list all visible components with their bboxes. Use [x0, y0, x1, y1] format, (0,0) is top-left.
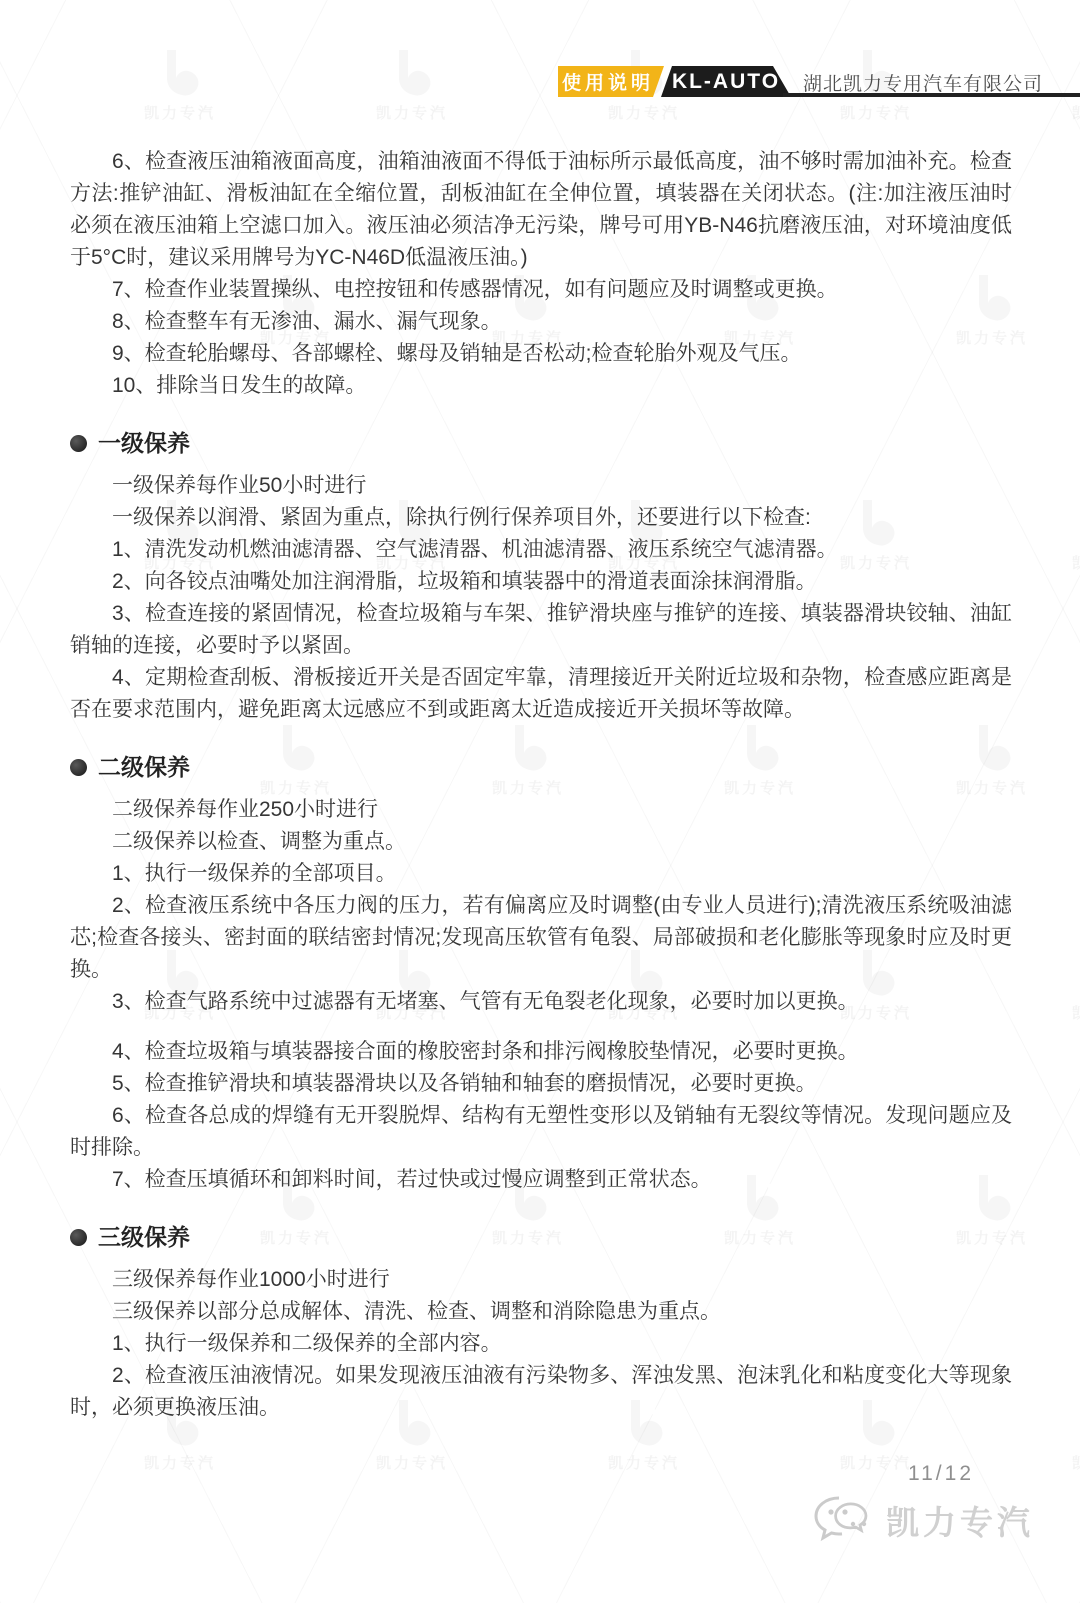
- routine-maintenance-items: 6、检查液压油箱液面高度，油箱油液面不得低于油标所示最低高度，油不够时需加油补充…: [70, 146, 1012, 402]
- watermark-text: 凯力专汽: [352, 1452, 472, 1473]
- section-intro-lines: 一级保养每作业50小时进行一级保养以润滑、紧固为重点，除执行例行保养项目外，还要…: [70, 470, 1012, 534]
- company-name: 湖北凯力专用汽车有限公司: [803, 69, 1043, 96]
- intro-line: 一级保养以润滑、紧固为重点，除执行例行保养项目外，还要进行以下检查:: [70, 502, 1012, 534]
- footer-brand-text: 凯力专汽: [886, 1497, 1034, 1544]
- section-item: 3、检查连接的紧固情况，检查垃圾箱与车架、推铲滑块座与推铲的连接、填装器滑块铰轴…: [70, 598, 1012, 662]
- page-number: 11/12: [908, 1462, 974, 1486]
- section-item: 6、检查各总成的焊缝有无开裂脱焊、结构有无塑性变形以及销轴有无裂纹等情况。发现问…: [70, 1100, 1012, 1164]
- section-level3-maintenance: 三级保养 三级保养每作业1000小时进行三级保养以部分总成解体、清洗、检查、调整…: [70, 1220, 1012, 1424]
- section-item: 1、执行一级保养和二级保养的全部内容。: [70, 1328, 1012, 1360]
- section-items: 1、执行一级保养和二级保养的全部内容。2、检查液压油液情况。如果发现液压油液有污…: [70, 1328, 1012, 1424]
- section-header: 二级保养: [70, 750, 1012, 784]
- bullet-icon: [70, 759, 87, 776]
- section-item: 3、检查气路系统中过滤器有无堵塞、气管有无龟裂老化现象，必要时加以更换。: [70, 986, 1012, 1018]
- watermark-text: 凯力专汽: [584, 102, 704, 123]
- document-body: 6、检查液压油箱液面高度，油箱油液面不得低于油标所示最低高度，油不够时需加油补充…: [70, 146, 1012, 1424]
- page-header: 使用说明 KL-AUTO 湖北凯力专用汽车有限公司: [0, 66, 1080, 100]
- header-rule: [783, 93, 1080, 97]
- watermark-text: 凯力专汽: [352, 102, 472, 123]
- section-level2-maintenance: 二级保养 二级保养每作业250小时进行二级保养以检查、调整为重点。 1、执行一级…: [70, 750, 1012, 1196]
- wechat-icon: [812, 1494, 878, 1546]
- section-item: 4、定期检查刮板、滑板接近开关是否固定牢靠，清理接近开关附近垃圾和杂物，检查感应…: [70, 662, 1012, 726]
- intro-line: 三级保养以部分总成解体、清洗、检查、调整和消除隐患为重点。: [70, 1296, 1012, 1328]
- section-title: 一级保养: [98, 426, 190, 460]
- section-item: 4、检查垃圾箱与填装器接合面的橡胶密封条和排污阀橡胶垫情况，必要时更换。: [70, 1036, 1012, 1068]
- section-item: 2、检查液压系统中各压力阀的压力，若有偏离应及时调整(由专业人员进行);清洗液压…: [70, 890, 1012, 986]
- usage-notes-badge-label: 使用说明: [562, 68, 654, 95]
- section-header: 三级保养: [70, 1220, 1012, 1254]
- section-intro-lines: 三级保养每作业1000小时进行三级保养以部分总成解体、清洗、检查、调整和消除隐患…: [70, 1264, 1012, 1328]
- footer-brand: 凯力专汽: [812, 1494, 1034, 1546]
- brand-badge-label: KL-AUTO: [672, 70, 780, 94]
- watermark-text: 凯力专汽: [1048, 1002, 1080, 1023]
- watermark-text: 凯力专汽: [816, 102, 936, 123]
- section-item: 1、清洗发动机燃油滤清器、空气滤清器、机油滤清器、液压系统空气滤清器。: [70, 534, 1012, 566]
- usage-notes-badge: 使用说明: [558, 66, 664, 97]
- bullet-icon: [70, 1229, 87, 1246]
- section-intro-lines: 二级保养每作业250小时进行二级保养以检查、调整为重点。: [70, 794, 1012, 858]
- watermark-text: 凯力专汽: [1048, 552, 1080, 573]
- section-title: 二级保养: [98, 750, 190, 784]
- intro-line: 三级保养每作业1000小时进行: [70, 1264, 1012, 1296]
- routine-item: 8、检查整车有无渗油、漏水、漏气现象。: [70, 306, 1012, 338]
- section-item: 1、执行一级保养的全部项目。: [70, 858, 1012, 890]
- section-item: 2、向各铰点油嘴处加注润滑脂，垃圾箱和填装器中的滑道表面涂抹润滑脂。: [70, 566, 1012, 598]
- section-items: 1、清洗发动机燃油滤清器、空气滤清器、机油滤清器、液压系统空气滤清器。2、向各铰…: [70, 534, 1012, 726]
- manual-page: 凯力专汽 凯力专汽 凯力专汽 凯力专汽: [0, 0, 1080, 1603]
- intro-line: 二级保养每作业250小时进行: [70, 794, 1012, 826]
- section-header: 一级保养: [70, 426, 1012, 460]
- routine-item: 7、检查作业装置操纵、电控按钮和传感器情况，如有问题应及时调整或更换。: [70, 274, 1012, 306]
- section-items: 1、执行一级保养的全部项目。2、检查液压系统中各压力阀的压力，若有偏离应及时调整…: [70, 858, 1012, 1196]
- section-item: 7、检查压填循环和卸料时间，若过快或过慢应调整到正常状态。: [70, 1164, 1012, 1196]
- section-item: 5、检查推铲滑块和填装器滑块以及各销轴和轴套的磨损情况，必要时更换。: [70, 1068, 1012, 1100]
- watermark: 凯力专汽: [1048, 1400, 1080, 1473]
- brand-badge: KL-AUTO: [661, 66, 791, 97]
- intro-line: 一级保养每作业50小时进行: [70, 470, 1012, 502]
- watermark-text: 凯力专汽: [1048, 1452, 1080, 1473]
- watermark-text: 凯力专汽: [120, 102, 240, 123]
- routine-item: 6、检查液压油箱液面高度，油箱油液面不得低于油标所示最低高度，油不够时需加油补充…: [70, 146, 1012, 274]
- bullet-icon: [70, 435, 87, 452]
- watermark-text: 凯力专汽: [120, 1452, 240, 1473]
- section-level1-maintenance: 一级保养 一级保养每作业50小时进行一级保养以润滑、紧固为重点，除执行例行保养项…: [70, 426, 1012, 726]
- watermark: 凯力专汽: [1048, 500, 1080, 573]
- section-title: 三级保养: [98, 1220, 190, 1254]
- routine-item: 9、检查轮胎螺母、各部螺栓、螺母及销轴是否松动;检查轮胎外观及气压。: [70, 338, 1012, 370]
- intro-line: 二级保养以检查、调整为重点。: [70, 826, 1012, 858]
- watermark-text: 凯力专汽: [584, 1452, 704, 1473]
- routine-item: 10、排除当日发生的故障。: [70, 370, 1012, 402]
- watermark-text: 凯力专汽: [1048, 102, 1080, 123]
- watermark: 凯力专汽: [1048, 950, 1080, 1023]
- section-item: 2、检查液压油液情况。如果发现液压油液有污染物多、浑浊发黑、泡沫乳化和粘度变化大…: [70, 1360, 1012, 1424]
